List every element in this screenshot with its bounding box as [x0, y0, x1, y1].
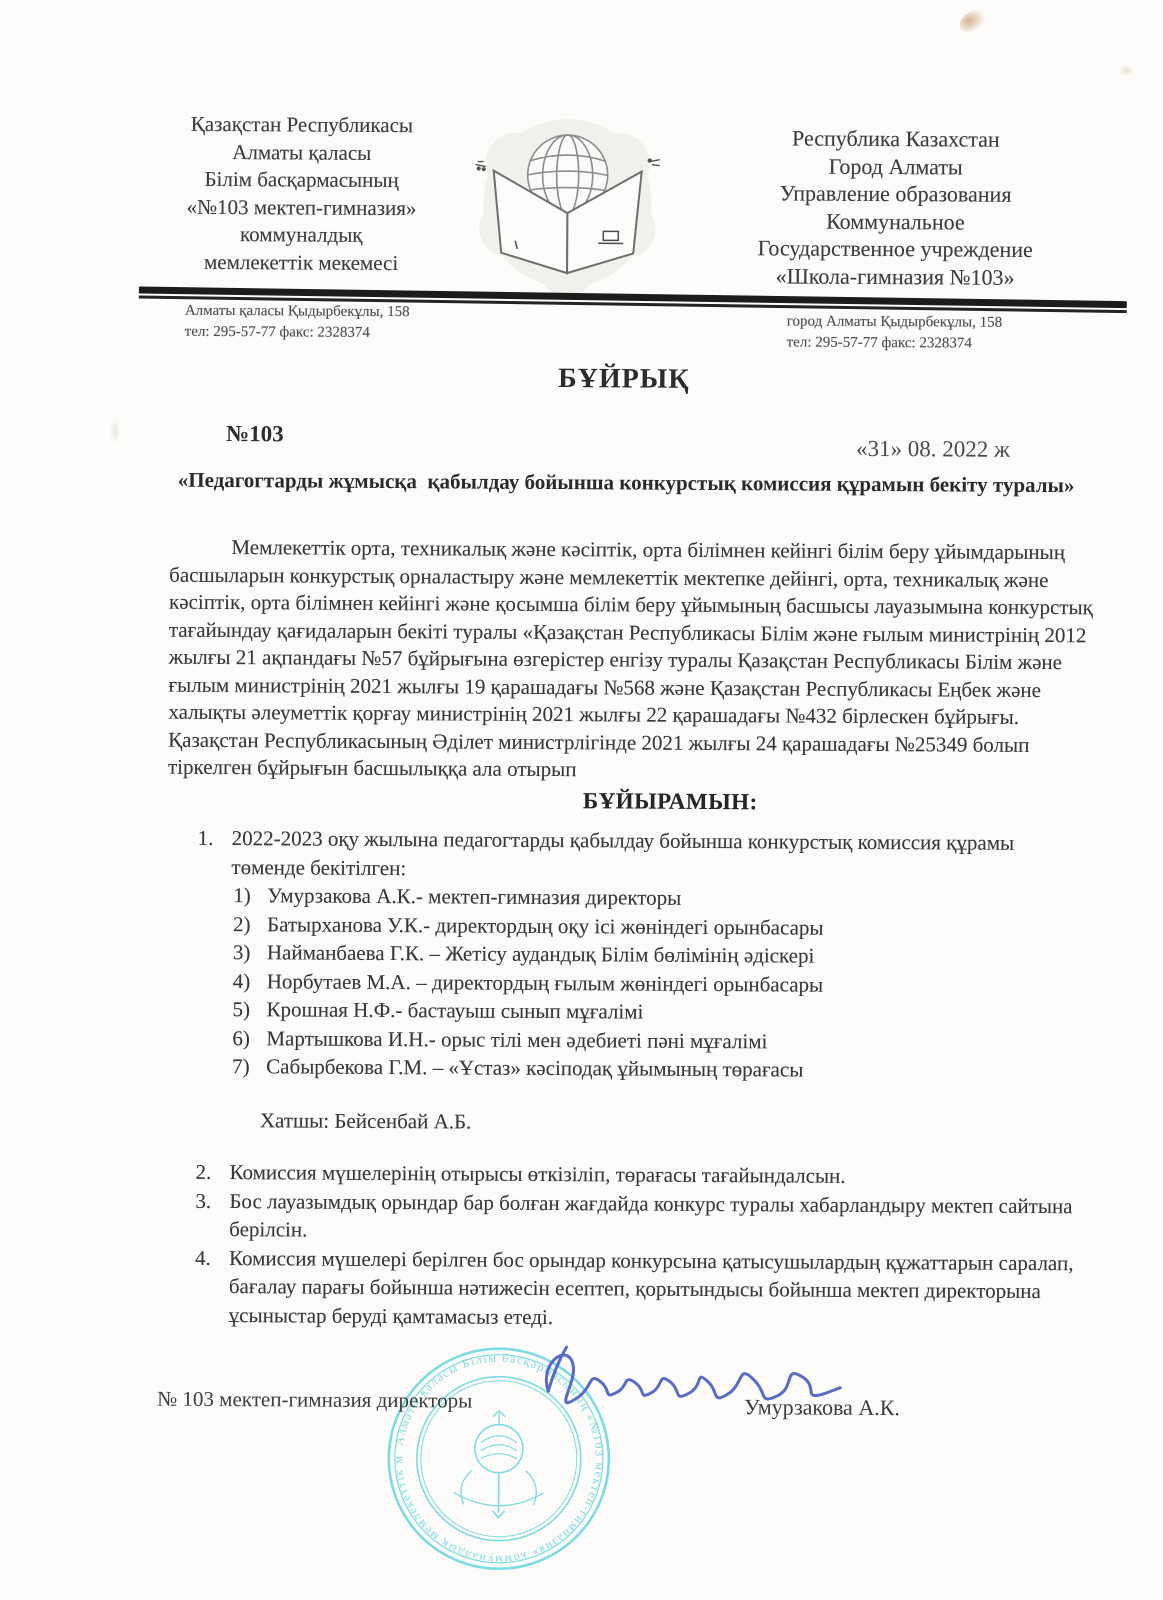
- commission-item-text: Сабырбекова Г.М. – «Ұстаз» кәсіподақ ұйы…: [266, 1052, 803, 1084]
- letterhead-right-line: «Школа-гимназия №103»: [697, 261, 1093, 291]
- scanned-order-document: Қазақстан Республикасы Алматы қаласы Біл…: [0, 0, 1163, 1600]
- commission-item-number: 6): [232, 1024, 266, 1053]
- letterhead-right: Республика Казахстан Город Алматы Управл…: [697, 124, 1094, 291]
- order-item-1: 1. 2022-2023 оқу жылына педагогтарды қаб…: [197, 824, 1092, 886]
- resolution-heading: БҰЙЫРАМЫН:: [208, 784, 1133, 817]
- commission-item-number: 3): [233, 938, 267, 967]
- signatory-name: Умурзакова А.К.: [744, 1394, 900, 1421]
- address-right-line1: город Алматы Қыдырбекұлы, 158: [787, 311, 1002, 333]
- school-emblem-book-globe-icon: [467, 110, 668, 296]
- letterhead-right-line: Город Алматы: [698, 151, 1094, 181]
- handwritten-signature: [532, 1333, 845, 1443]
- item-text: 2022-2023 оқу жылына педагогтарды қабылд…: [231, 824, 1092, 886]
- address-left-line2: тел: 295-57-77 факс: 2328374: [185, 322, 410, 344]
- letterhead-left-line: коммуналдық: [147, 221, 455, 250]
- item-number: 4.: [195, 1243, 230, 1329]
- order-item-4: 4. Комиссия мүшелері берілген бос орында…: [195, 1243, 1091, 1334]
- order-item-3: 3. Бос лауазымдық орындар бар болған жағ…: [195, 1186, 1090, 1248]
- commission-list: 1) Умурзакова А.К.- мектеп-гимназия дире…: [232, 881, 1092, 1086]
- order-subject: «Педагогтарды жұмысқа қабылдау бойынша к…: [178, 467, 1098, 500]
- commission-item-number: 7): [232, 1052, 266, 1081]
- letterhead-right-line: Государственное учреждение: [697, 234, 1093, 264]
- letterhead-left: Қазақстан Республикасы Алматы қаласы Біл…: [147, 111, 456, 278]
- order-body: Мемлекеттік орта, техникалық және кәсіпт…: [165, 534, 1095, 1335]
- address-right-line2: тел: 295-57-77 факс: 2328374: [787, 332, 1002, 354]
- item-number: 1.: [197, 824, 231, 881]
- commission-item-number: 5): [232, 995, 266, 1024]
- letterhead-left-line: мемлекеттік мекемесі: [147, 248, 455, 277]
- scan-smudge: [956, 7, 990, 37]
- commission-item-text: Мартышкова И.Н.- орыс тілі мен әдебиеті …: [266, 1024, 767, 1056]
- scan-smudge: [1118, 64, 1134, 76]
- address-left: Алматы қаласы Қыдырбекұлы, 158 тел: 295-…: [185, 301, 410, 344]
- preamble-paragraph: Мемлекеттік орта, техникалық және кәсіпт…: [168, 534, 1094, 787]
- letterhead-right-line: Коммунальное: [697, 206, 1093, 236]
- item-number: 3.: [195, 1186, 229, 1243]
- letterhead-left-line: Қазақстан Республикасы: [148, 111, 456, 140]
- order-date: «31» 08. 2022 ж: [856, 436, 1010, 463]
- commission-item-number: 4): [233, 967, 267, 996]
- letterhead-left-line: Алматы қаласы: [148, 138, 456, 167]
- scan-smudge: [110, 418, 120, 444]
- commission-item-number: 2): [233, 910, 267, 939]
- order-title: БҰЙРЫҚ: [42, 360, 1163, 399]
- commission-item-text: Батырханова У.К.- директордың оқу ісі жө…: [267, 910, 824, 942]
- letterhead-right-line: Управление образования: [697, 179, 1093, 209]
- signature-label: № 103 мектеп-гимназия директоры: [157, 1387, 472, 1414]
- address-left-line1: Алматы қаласы Қыдырбекұлы, 158: [185, 301, 410, 323]
- commission-item-text: Найманбаева Г.К. – Жетісу аудандық Білім…: [267, 938, 815, 970]
- commission-item-text: Крошная Н.Ф.- бастауыш сынып мұғалімі: [266, 995, 643, 1026]
- item-text: Комиссия мүшелері берілген бос орындар к…: [229, 1244, 1091, 1335]
- commission-item-text: Норбутаев М.А. – директордың ғылым жөнін…: [267, 967, 824, 999]
- order-number: №103: [226, 421, 284, 447]
- item-text: Бос лауазымдық орындар бар болған жағдай…: [229, 1187, 1090, 1249]
- letterhead-left-line: Білім басқармасының: [148, 166, 456, 195]
- commission-item: 7) Сабырбекова Г.М. – «Ұстаз» кәсіподақ …: [232, 1052, 1091, 1086]
- commission-item-text: Умурзакова А.К.- мектеп-гимназия директо…: [267, 881, 681, 912]
- commission-item-number: 1): [233, 881, 267, 910]
- secretary-line: Хатшы: Бейсенбай А.Б.: [260, 1107, 1091, 1140]
- letterhead-left-line: «№103 мектеп-гимназия»: [147, 193, 455, 222]
- address-right: город Алматы Қыдырбекұлы, 158 тел: 295-5…: [787, 311, 1003, 354]
- letterhead-right-line: Республика Казахстан: [698, 124, 1094, 154]
- item-number: 2.: [195, 1158, 229, 1187]
